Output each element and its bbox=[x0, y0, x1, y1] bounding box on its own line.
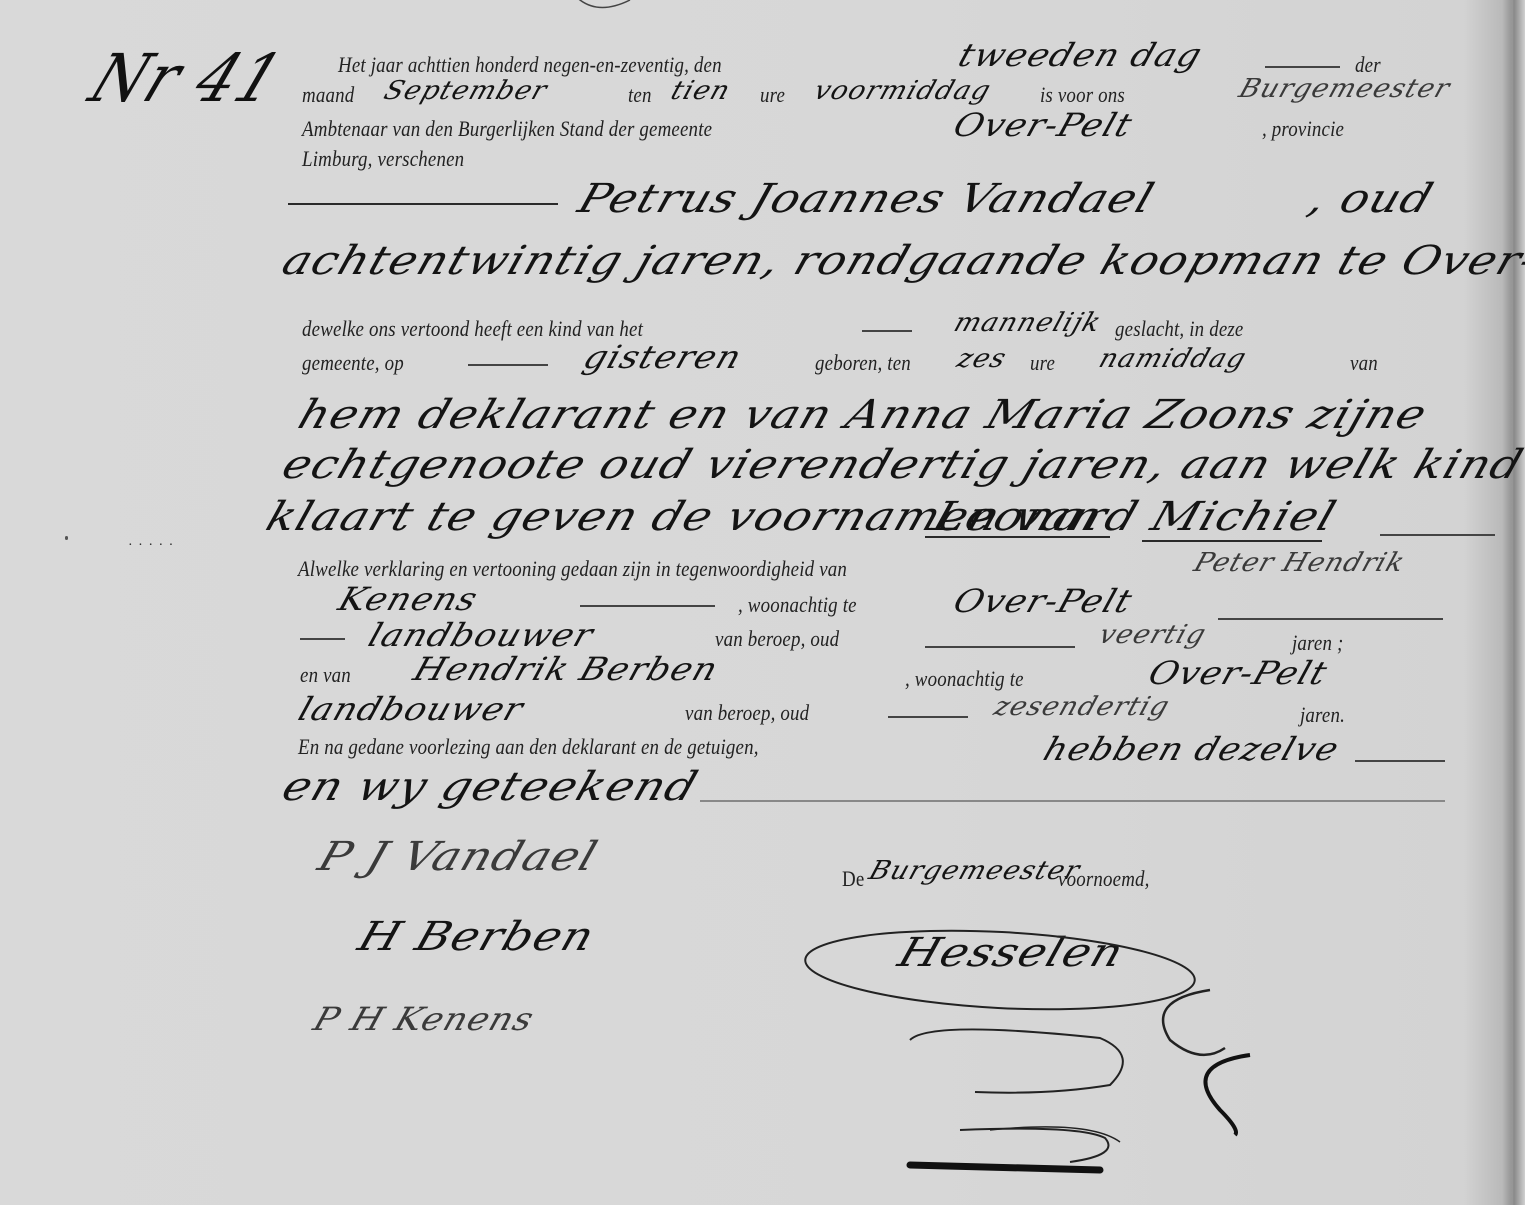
record-number: Nr 41 bbox=[79, 40, 294, 117]
printed-text: is voor ons bbox=[1040, 82, 1125, 108]
fill-line bbox=[888, 716, 968, 718]
fill-line bbox=[468, 364, 548, 366]
handwritten-municipality: Over-Pelt bbox=[949, 106, 1138, 144]
handwritten-child-name: Leonard Michiel bbox=[928, 494, 1343, 540]
printed-text: gemeente, op bbox=[302, 350, 404, 376]
printed-text: , woonachtig te bbox=[738, 592, 857, 618]
handwritten-witness1-occupation: landbouwer bbox=[364, 616, 599, 654]
handwritten-witness2-occupation: landbouwer bbox=[294, 690, 529, 728]
fill-line bbox=[288, 203, 558, 205]
fill-line bbox=[1355, 760, 1445, 762]
underline bbox=[1142, 540, 1322, 542]
printed-text: Ambtenaar van den Burgerlijken Stand der… bbox=[302, 116, 712, 142]
handwritten-birth-date: gisteren bbox=[579, 338, 747, 376]
document-page: Nr 41 Het jaar achttien honderd negen-en… bbox=[0, 0, 1525, 1205]
handwritten-text: en wy geteekend bbox=[277, 764, 704, 810]
handwritten-birth-hour: zes bbox=[953, 344, 1010, 374]
printed-text: ure bbox=[760, 82, 785, 108]
handwritten-sex: mannelijk bbox=[950, 308, 1105, 338]
printed-text: maand bbox=[302, 82, 354, 108]
fill-line bbox=[925, 646, 1075, 648]
mayor-signature-flourish bbox=[800, 880, 1420, 1180]
fill-line bbox=[1265, 66, 1340, 68]
printed-text: van beroep, oud bbox=[685, 700, 809, 726]
handwritten-declarant-details: achtentwintig jaren, rondgaande koopman … bbox=[277, 238, 1525, 284]
handwritten-text: echtgenoote oud vierendertig jaren, aan … bbox=[277, 442, 1525, 488]
handwritten-mother: hem deklarant en van Anna Maria Zoons zi… bbox=[293, 392, 1434, 438]
handwritten-month: September bbox=[380, 76, 551, 106]
printed-text: , woonachtig te bbox=[905, 666, 1024, 692]
printed-text: Limburg, verschenen bbox=[302, 146, 464, 172]
printed-text: jaren ; bbox=[1292, 630, 1343, 656]
handwritten-official: Burgemeester bbox=[1235, 74, 1454, 104]
signature-witness1: P H Kenens bbox=[309, 1000, 540, 1038]
closing-rule bbox=[700, 800, 1445, 802]
handwritten-hour: tien bbox=[667, 76, 734, 106]
printed-text: geboren, ten bbox=[815, 350, 911, 376]
printed-text: ure bbox=[1030, 350, 1055, 376]
signature-witness2: H Berben bbox=[353, 914, 601, 960]
fill-line bbox=[580, 605, 715, 607]
handwritten-witness2-name: Hendrik Berben bbox=[409, 650, 724, 688]
handwritten-declarant-name: Petrus Joannes Vandael bbox=[573, 176, 1161, 222]
printed-text: jaren. bbox=[1300, 702, 1345, 728]
handwritten-witness2-residence: Over-Pelt bbox=[1144, 654, 1333, 692]
fill-line bbox=[1218, 618, 1443, 620]
underline bbox=[925, 536, 1110, 538]
handwritten-witness1-surname: Kenens bbox=[334, 580, 483, 618]
margin-dots: · · · · · bbox=[128, 538, 174, 554]
handwritten-witness1-firstnames: Peter Hendrik bbox=[1190, 548, 1409, 578]
page-binding-edge bbox=[1510, 0, 1513, 1205]
signature-declarant: P J Vandael bbox=[313, 834, 604, 880]
handwritten-daypart: voormiddag bbox=[810, 76, 995, 106]
printed-text: , provincie bbox=[1262, 116, 1344, 142]
handwritten-witness1-residence: Over-Pelt bbox=[949, 582, 1138, 620]
printed-text: van bbox=[1350, 350, 1378, 376]
handwritten-witness2-age: zesendertig bbox=[990, 692, 1173, 722]
handwritten-text: hebben dezelve bbox=[1039, 730, 1345, 768]
fill-line bbox=[1380, 534, 1495, 536]
printed-text: En na gedane voorlezing aan den deklaran… bbox=[298, 734, 759, 760]
handwritten-text: , oud bbox=[1303, 176, 1440, 222]
printed-text: en van bbox=[300, 662, 351, 688]
printed-text: geslacht, in deze bbox=[1115, 316, 1244, 342]
top-flourish-remnant bbox=[520, 0, 720, 20]
fill-line bbox=[862, 330, 912, 332]
printed-text: Alwelke verklaring en vertooning gedaan … bbox=[298, 556, 847, 582]
handwritten-birth-daypart: namiddag bbox=[1095, 344, 1250, 374]
margin-mark bbox=[65, 536, 68, 540]
printed-text: Het jaar achttien honderd negen-en-zeven… bbox=[338, 52, 722, 78]
fill-line bbox=[300, 638, 345, 640]
handwritten-day: tweeden dag bbox=[954, 36, 1208, 74]
printed-text: ten bbox=[628, 82, 652, 108]
handwritten-witness1-age: veertig bbox=[1095, 620, 1210, 650]
printed-text: van beroep, oud bbox=[715, 626, 839, 652]
